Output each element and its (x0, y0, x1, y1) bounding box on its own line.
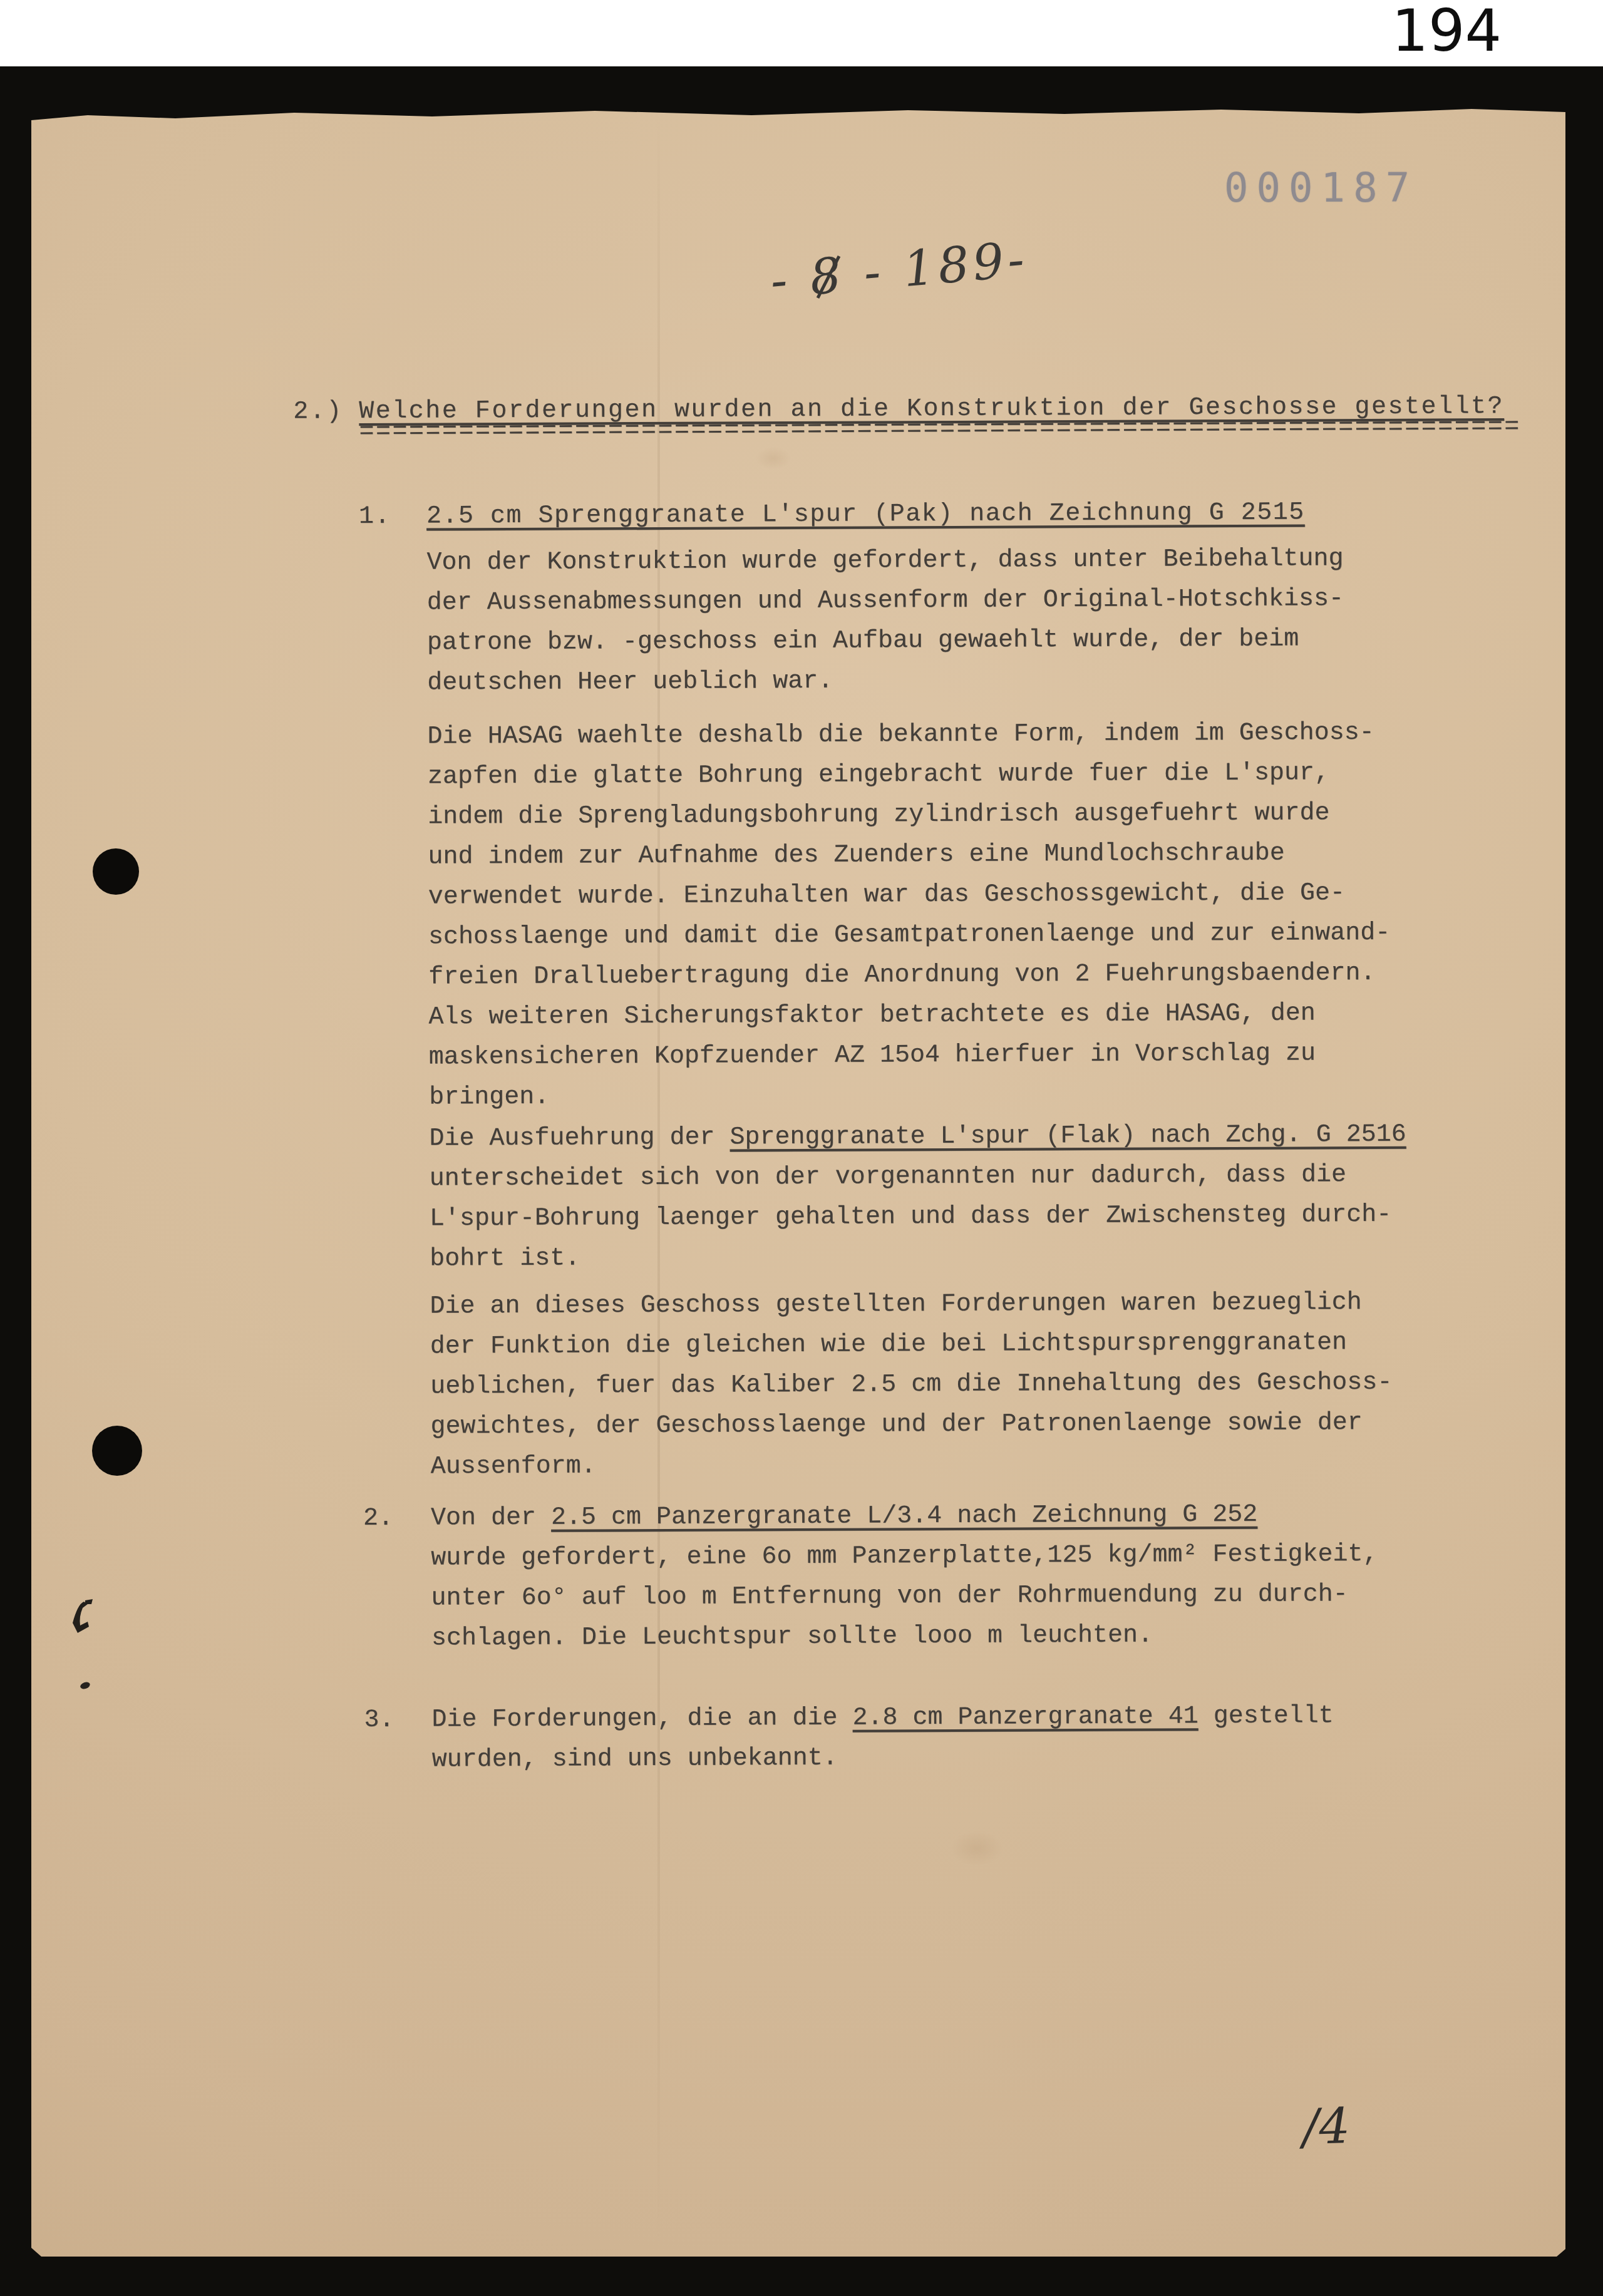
typed-text: maskensicheren Kopfzuender AZ 15o4 hierf… (429, 1039, 1316, 1071)
stamp-number: 000187 (1224, 165, 1418, 212)
typed-line: zapfen die glatte Bohrung eingebracht wu… (428, 753, 1455, 797)
scanner-header-strip (0, 0, 1603, 66)
typed-text: patrone bzw. -geschoss ein Aufbau gewaeh… (427, 625, 1299, 657)
typed-text: der Funktion die gleichen wie die bei Li… (430, 1329, 1347, 1361)
typed-text: L'spur-Bohrung laenger gehalten und dass… (430, 1201, 1391, 1233)
typed-line: wurden, sind uns unbekannt. (432, 1736, 1459, 1780)
struck-digit: 8 (808, 247, 847, 307)
underlined-text: 2.5 cm Panzergranate L/3.4 nach Zeichnun… (551, 1501, 1257, 1532)
item-1-title-number: 1. (359, 497, 391, 537)
typed-text: Die Forderungen, die an die (431, 1704, 852, 1734)
ink-speck (80, 1681, 91, 1691)
item-1-title: 1.2.5 cm Sprenggranate L'spur (Pak) nach… (426, 492, 1453, 537)
typed-line: schosslaenge und damit die Gesamtpatrone… (428, 913, 1455, 957)
item-2: 2.Von der 2.5 cm Panzergranate L/3.4 nac… (431, 1494, 1458, 1659)
typed-text: schosslaenge und damit die Gesamtpatrone… (428, 919, 1390, 952)
typed-line: verwendet wurde. Einzuhalten war das Ges… (428, 873, 1455, 917)
typed-text: bringen. (429, 1083, 549, 1112)
typed-text: Von der Konstruktion wurde gefordert, da… (426, 545, 1343, 577)
handwriting-segment: - (842, 242, 905, 304)
typed-line: unterscheidet sich von der vorgenannten … (430, 1155, 1456, 1199)
typed-line: und indem zur Aufnahme des Zuenders eine… (428, 833, 1455, 877)
handwriting-segment: - (1005, 231, 1030, 289)
underlined-text: 2.8 cm Panzergranate 41 (852, 1702, 1198, 1732)
typed-line: Die an dieses Geschoss gestellten Forder… (430, 1282, 1456, 1327)
typed-line: Von der Konstruktion wurde gefordert, da… (426, 538, 1453, 583)
ink-blot (69, 1598, 96, 1638)
typed-text: wurden, sind uns unbekannt. (432, 1744, 838, 1774)
section-heading-number: 2.) (293, 392, 343, 432)
typed-text: Die an dieses Geschoss gestellten Forder… (430, 1289, 1361, 1320)
punch-hole-bottom (92, 1426, 142, 1476)
typed-line: indem die Sprengladungsbohrung zylindris… (428, 793, 1455, 837)
typed-line: Aussenform. (431, 1443, 1458, 1487)
typed-text: zapfen die glatte Bohrung eingebracht wu… (428, 759, 1329, 791)
item-3-number: 3. (364, 1701, 394, 1741)
heading-double-underline: ========================================… (359, 417, 1453, 443)
typed-text: bohrt ist. (430, 1245, 580, 1274)
typed-line: patrone bzw. -geschoss ein Aufbau gewaeh… (427, 619, 1454, 663)
typed-text: gewichtes, der Geschosslaenge und der Pa… (430, 1409, 1362, 1441)
typed-text-body: 2.)Welche Forderungen wurden an die Kons… (426, 387, 1459, 1780)
typed-text: Die HASAG waehlte deshalb die bekannte F… (427, 719, 1374, 751)
typed-line: L'spur-Bohrung laenger gehalten und dass… (430, 1195, 1456, 1239)
punch-hole-top (93, 848, 139, 895)
typed-text: schlagen. Die Leuchtspur sollte looo m l… (431, 1622, 1153, 1653)
typed-line: unter 6o° auf loo m Entfernung von der R… (431, 1574, 1458, 1619)
typed-line: Die HASAG waehlte deshalb die bekannte F… (427, 713, 1454, 757)
typed-text: Als weiteren Sicherungsfaktor betrachtet… (428, 999, 1315, 1031)
typed-line: ueblichen, fuer das Kaliber 2.5 cm die I… (430, 1362, 1457, 1407)
typed-line: schlagen. Die Leuchtspur sollte looo m l… (431, 1614, 1458, 1659)
typed-line: Von der 2.5 cm Panzergranate L/3.4 nach … (431, 1494, 1458, 1538)
typed-line: bringen. (429, 1073, 1456, 1118)
item-2-number: 2. (363, 1499, 393, 1539)
typed-line: maskensicheren Kopfzuender AZ 15o4 hierf… (429, 1033, 1456, 1078)
typed-text: unter 6o° auf loo m Entfernung von der R… (431, 1580, 1348, 1612)
typed-line: der Aussenabmessungen und Aussenform der… (427, 579, 1454, 623)
paragraph-4: Die an dieses Geschoss gestellten Forder… (430, 1282, 1457, 1487)
typed-line: Als weiteren Sicherungsfaktor betrachtet… (428, 993, 1455, 1037)
underlined-text: 2.5 cm Sprenggranate L'spur (Pak) nach Z… (426, 498, 1305, 530)
typed-line: bohrt ist. (430, 1235, 1456, 1279)
handwriting-segment: - (768, 250, 813, 310)
typed-line: der Funktion die gleichen wie die bei Li… (430, 1322, 1457, 1367)
typed-text: der Aussenabmessungen und Aussenform der… (427, 585, 1344, 617)
typed-line: deutschen Heer ueblich war. (427, 659, 1454, 703)
typed-text: deutschen Heer ueblich war. (427, 667, 833, 698)
typed-text: verwendet wurde. Einzuhalten war das Ges… (428, 879, 1345, 911)
paragraph-2: Die HASAG waehlte deshalb die bekannte F… (427, 713, 1456, 1118)
typed-text: Aussenform. (431, 1452, 596, 1481)
typed-text: ueblichen, fuer das Kaliber 2.5 cm die I… (430, 1369, 1392, 1401)
typed-text: gestellt (1198, 1702, 1334, 1731)
typed-text: wurde gefordert, eine 6o mm Panzerplatte… (431, 1540, 1378, 1573)
typed-line: gewichtes, der Geschosslaenge und der Pa… (430, 1403, 1457, 1447)
scanned-document-page: 194 000187 - 8 - 189- 2.)Welche Forderun… (0, 0, 1603, 2296)
handwriting-segment: 189 (901, 233, 1010, 298)
paper-sheet: 000187 - 8 - 189- 2.)Welche Forderungen … (31, 108, 1565, 2257)
handwritten-page-number: - 8 - 189- (768, 231, 1030, 310)
typed-line: Die Forderungen, die an die 2.8 cm Panze… (431, 1696, 1458, 1740)
underlined-text: Sprenggranate L'spur (Flak) nach Zchg. G… (729, 1121, 1406, 1152)
typed-line: freien Dralluebertragung die Anordnung v… (428, 953, 1455, 997)
typed-line: wurde gefordert, eine 6o mm Panzerplatte… (431, 1534, 1458, 1578)
typed-text: freien Dralluebertragung die Anordnung v… (428, 959, 1375, 992)
typed-line: Die Ausfuehrung der Sprenggranate L'spur… (429, 1115, 1456, 1159)
typed-text: unterscheidet sich von der vorgenannten … (430, 1161, 1346, 1193)
section-heading: 2.)Welche Forderungen wurden an die Kons… (359, 387, 1453, 443)
paragraph-1: Von der Konstruktion wurde gefordert, da… (426, 538, 1454, 703)
typed-text: Die Ausfuehrung der (429, 1123, 729, 1153)
item-3: 3.Die Forderungen, die an die 2.8 cm Pan… (431, 1696, 1459, 1780)
handwritten-footer-mark: /4 (1301, 2098, 1351, 2156)
typed-text: und indem zur Aufnahme des Zuenders eine… (428, 840, 1284, 872)
scan-page-number: 194 (1391, 3, 1502, 60)
typed-text: indem die Sprengladungsbohrung zylindris… (428, 799, 1329, 831)
paragraph-3: Die Ausfuehrung der Sprenggranate L'spur… (429, 1115, 1456, 1279)
typed-text: Von der (431, 1504, 551, 1533)
typed-line: 2.5 cm Sprenggranate L'spur (Pak) nach Z… (426, 492, 1453, 537)
